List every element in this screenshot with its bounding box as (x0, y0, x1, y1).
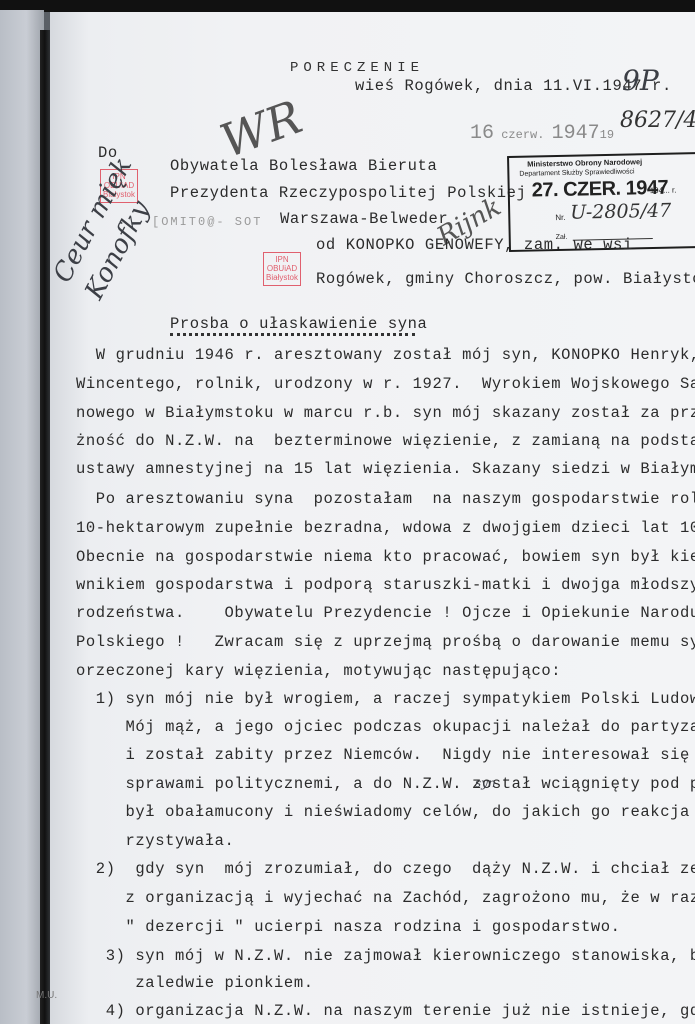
body-line: Wincentego, rolnik, urodzony w r. 1927. … (76, 375, 695, 393)
body-line: 10-hektarowym zupełnie bezradna, wdowa z… (76, 519, 695, 537)
body-line: 4) organizacja N.Z.W. na naszym terenie … (76, 1002, 695, 1020)
body-line: był obałamucony i nieświadomy celów, do … (76, 803, 695, 821)
scan-top-edge (0, 0, 695, 12)
document-header-title: PORECZENIE (290, 60, 424, 76)
subject-line: Prosba o ułaskawienie syna (170, 315, 427, 333)
body-line: i został zabity przez Niemców. Nigdy nie… (76, 746, 690, 764)
body-line: " dezercji " ucierpi nasza rodzina i gos… (76, 918, 621, 936)
ipn-archive-stamp: IPN OBUiAD Białystok (263, 252, 301, 286)
body-line: zaledwie pionkiem. (76, 974, 314, 992)
document-page: PORECZENIE wieś Rogówek, dnia 11.VI.1947… (50, 12, 695, 1024)
body-line: ustawy amnestyjnej na 15 lat więzienia. … (76, 460, 695, 478)
body-line: W grudniu 1946 r. aresztowany został mój… (76, 346, 695, 364)
body-line: Polskiego ! Zwracam się z uprzejmą prośb… (76, 633, 695, 651)
body-line: 3) syn mój w N.Z.W. nie zajmował kierown… (76, 947, 695, 965)
faint-overprint: [OMIT0@- SOT (152, 215, 262, 229)
body-line: wnikiem gospodarstwa i podporą staruszki… (76, 576, 695, 594)
addressee-line: Obywatela Bolesława Bieruta (170, 157, 437, 175)
subject-underline (170, 333, 415, 336)
sender-line: od KONOPKO GENOWEFY, zam. we wsi (316, 236, 633, 254)
body-line: nowego w Białymstoku w marcu r.b. syn mó… (76, 404, 695, 422)
handwritten-insertion: syn (475, 776, 496, 790)
registry-number: 8627/47 pl. (620, 108, 695, 133)
body-line: Po aresztowaniu syna pozostałam na naszy… (76, 490, 695, 508)
body-line: z organizacją i wyjechać na Zachód, zagr… (76, 889, 695, 907)
body-line: rodzeństwa. Obywatelu Prezydencie ! Ojcz… (76, 604, 695, 622)
body-line: rzystywała. (76, 832, 234, 850)
facing-page (0, 10, 44, 1024)
body-line: 1) syn mój nie był wrogiem, a raczej sym… (76, 690, 695, 708)
body-line: 2) gdy syn mój zrozumiał, do czego dąży … (76, 860, 695, 878)
sender-line: Rogówek, gminy Choroszcz, pow. Białysto (316, 270, 695, 288)
margin-mark: M.U. (36, 990, 57, 1001)
body-line: Obecnie na gospodarstwie niema kto praco… (76, 548, 695, 566)
body-line: Mój mąż, a jego ojciec podczas okupacji … (76, 718, 695, 736)
received-date-stamp: 16 czerw. 194719 (470, 122, 614, 145)
addressee-line: Warszawa-Belweder (280, 210, 448, 228)
addressee-line: Prezydenta Rzeczypospolitej Polskiej (170, 184, 526, 202)
body-line: żność do N.Z.W. na bezterminowe więzieni… (76, 432, 695, 450)
body-line: orzeczonej kary więzienia, motywując nas… (76, 662, 561, 680)
body-line: sprawami politycznemi, a do N.Z.W. zosta… (76, 775, 695, 793)
handwritten-annotation: 9P (622, 64, 659, 97)
